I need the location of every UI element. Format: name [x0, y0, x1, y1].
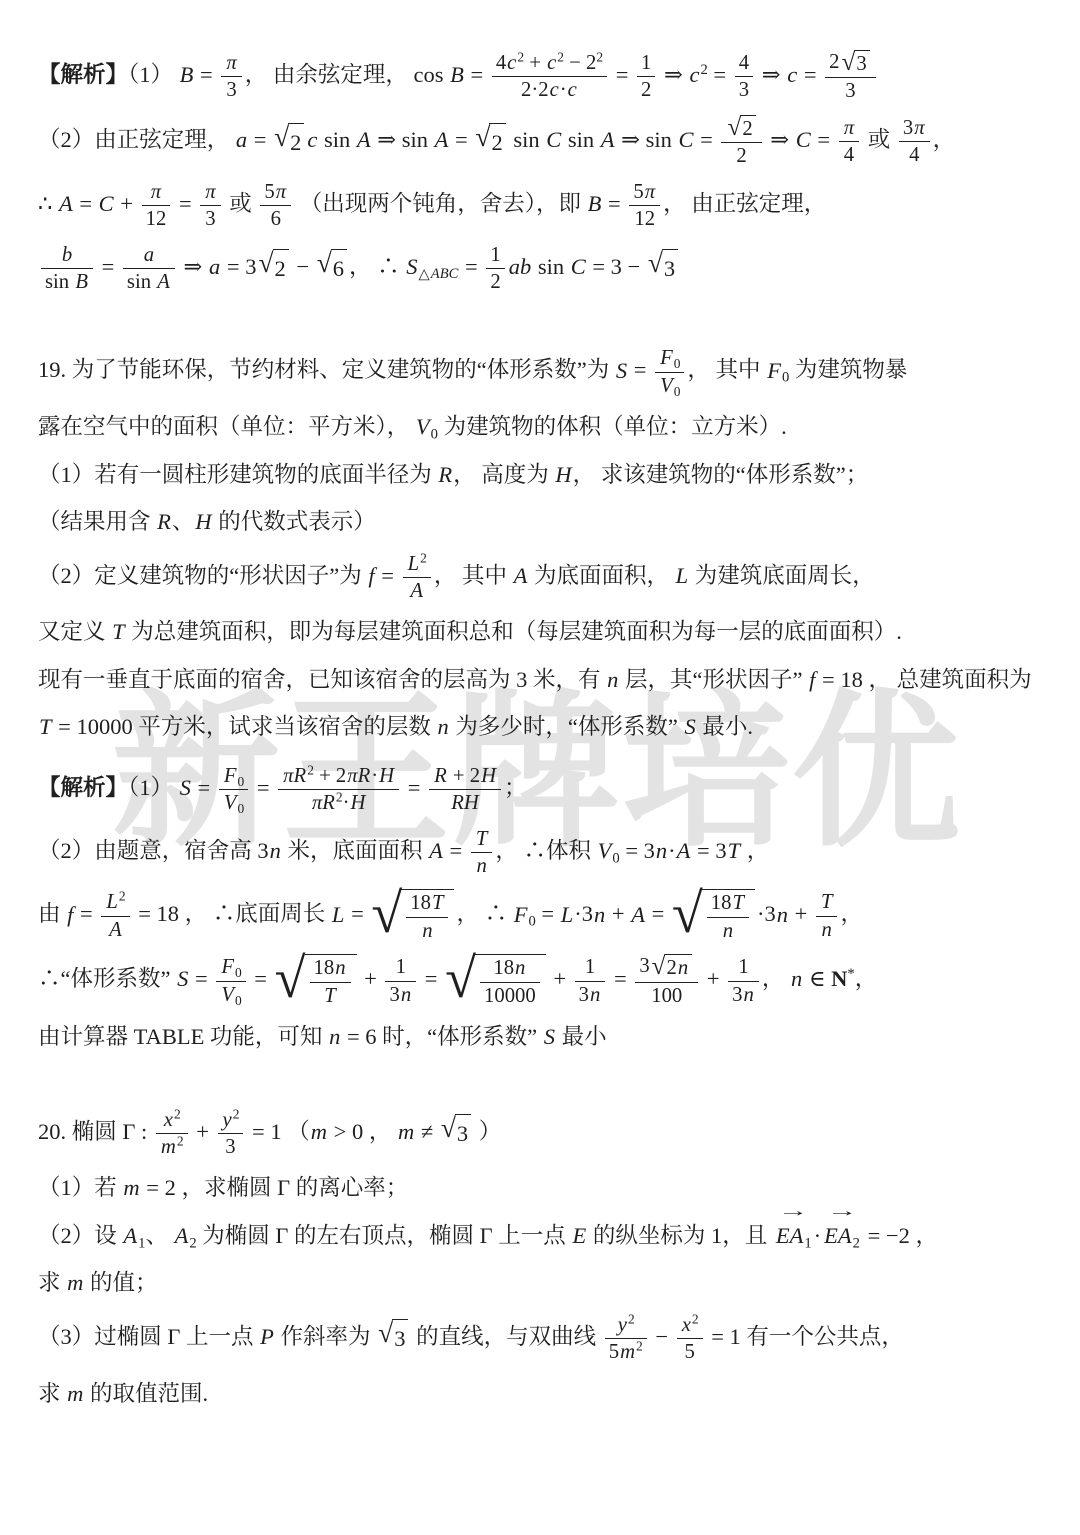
- problem-19-line: （2）定义建筑物的“形状因子”为 f = L2A， 其中 A 为底面面积， L …: [38, 549, 1050, 607]
- solution-19-line: 由计算器 TABLE 功能，可知 n = 6 时，“体形系数” S 最小: [38, 1016, 1050, 1058]
- solution-19-line: 【解析】（1） S = F0V0 = πR2 + 2πR·HπR2·H = R …: [38, 761, 1050, 819]
- problem-20-section: 20. 椭圆 Γ : x2m2 + y23 = 1 （m > 0 ， m ≠ √…: [38, 1105, 1050, 1415]
- problem-19-line: T = 10000 平方米，试求当该宿舍的层数 n 为多少时，“体形系数” S …: [38, 706, 1050, 748]
- problem-20-line: 20. 椭圆 Γ : x2m2 + y23 = 1 （m > 0 ， m ≠ √…: [38, 1105, 1050, 1163]
- problem-19-line: （结果用含 R、H 的代数式表示）: [38, 501, 1050, 543]
- solution-18-line: （2）由正弦定理， a = √2c sin A ⇒ sin A = √2 sin…: [38, 112, 1050, 172]
- problem-20-line: 求 m 的取值范围.: [38, 1373, 1050, 1415]
- problem-20-line: 求 m 的值；: [38, 1262, 1050, 1304]
- solution-18-line: 【解析】（1） B = π3， 由余弦定理， cos B = 4c2 + c2 …: [38, 47, 1050, 107]
- solution-19-line: （2）由题意，宿舍高 3n 米，底面面积 A = Tn， ∴体积 V0 = 3n…: [38, 824, 1050, 882]
- solution-19-line: ∴“体形系数” S = F0V0 = √18nT + 13n = √18n100…: [38, 951, 1050, 1011]
- problem-19-line: 又定义 T 为总建筑面积，即为每层建筑面积总和（每层建筑面积为每一层的底面面积）…: [38, 611, 1050, 653]
- problem-19-line: 现有一垂直于底面的宿舍，已知该宿舍的层高为 3 米，有 n 层，其“形状因子” …: [38, 659, 1050, 701]
- problem-19-line: 露在空气中的面积（单位：平方米）， V0 为建筑物的体积（单位：立方米）.: [38, 406, 1050, 448]
- solution-19-section: 【解析】（1） S = F0V0 = πR2 + 2πR·HπR2·H = R …: [38, 761, 1050, 1059]
- problem-20-line: （1）若 m = 2 ，求椭圆 Γ 的离心率；: [38, 1167, 1050, 1209]
- solution-18-section: 【解析】（1） B = π3， 由余弦定理， cos B = 4c2 + c2 …: [38, 47, 1050, 297]
- problem-20-line: （3）过椭圆 Γ 上一点 P 作斜率为 √3 的直线，与双曲线 y25m2 − …: [38, 1310, 1050, 1368]
- document-page: 新王牌培优 【解析】（1） B = π3， 由余弦定理， cos B = 4c2…: [0, 0, 1080, 1535]
- solution-18-line: bsin B = asin A ⇒ a = 3√2 − √6， ∴ S△ABC …: [38, 240, 1050, 298]
- problem-19-line: （1）若有一圆柱形建筑物的底面半径为 R， 高度为 H， 求该建筑物的“体形系数…: [38, 454, 1050, 496]
- solution-19-line: 由 f = L2A = 18 ， ∴底面周长 L = √18Tn， ∴ F0 =…: [38, 886, 1050, 946]
- problem-19-line: 19. 为了节能环保，节约材料、定义建筑物的“体形系数”为 S = F0V0， …: [38, 343, 1050, 401]
- problem-19-section: 19. 为了节能环保，节约材料、定义建筑物的“体形系数”为 S = F0V0， …: [38, 343, 1050, 748]
- solution-18-line: ∴ A = C + π12 = π3 或 5π6 （出现两个钝角，舍去），即 B…: [38, 177, 1050, 235]
- document-content: 【解析】（1） B = π3， 由余弦定理， cos B = 4c2 + c2 …: [0, 0, 1080, 1415]
- problem-20-line: （2）设 A1、 A2 为椭圆 Γ 的左右顶点，椭圆 Γ 上一点 E 的纵坐标为…: [38, 1215, 1050, 1257]
